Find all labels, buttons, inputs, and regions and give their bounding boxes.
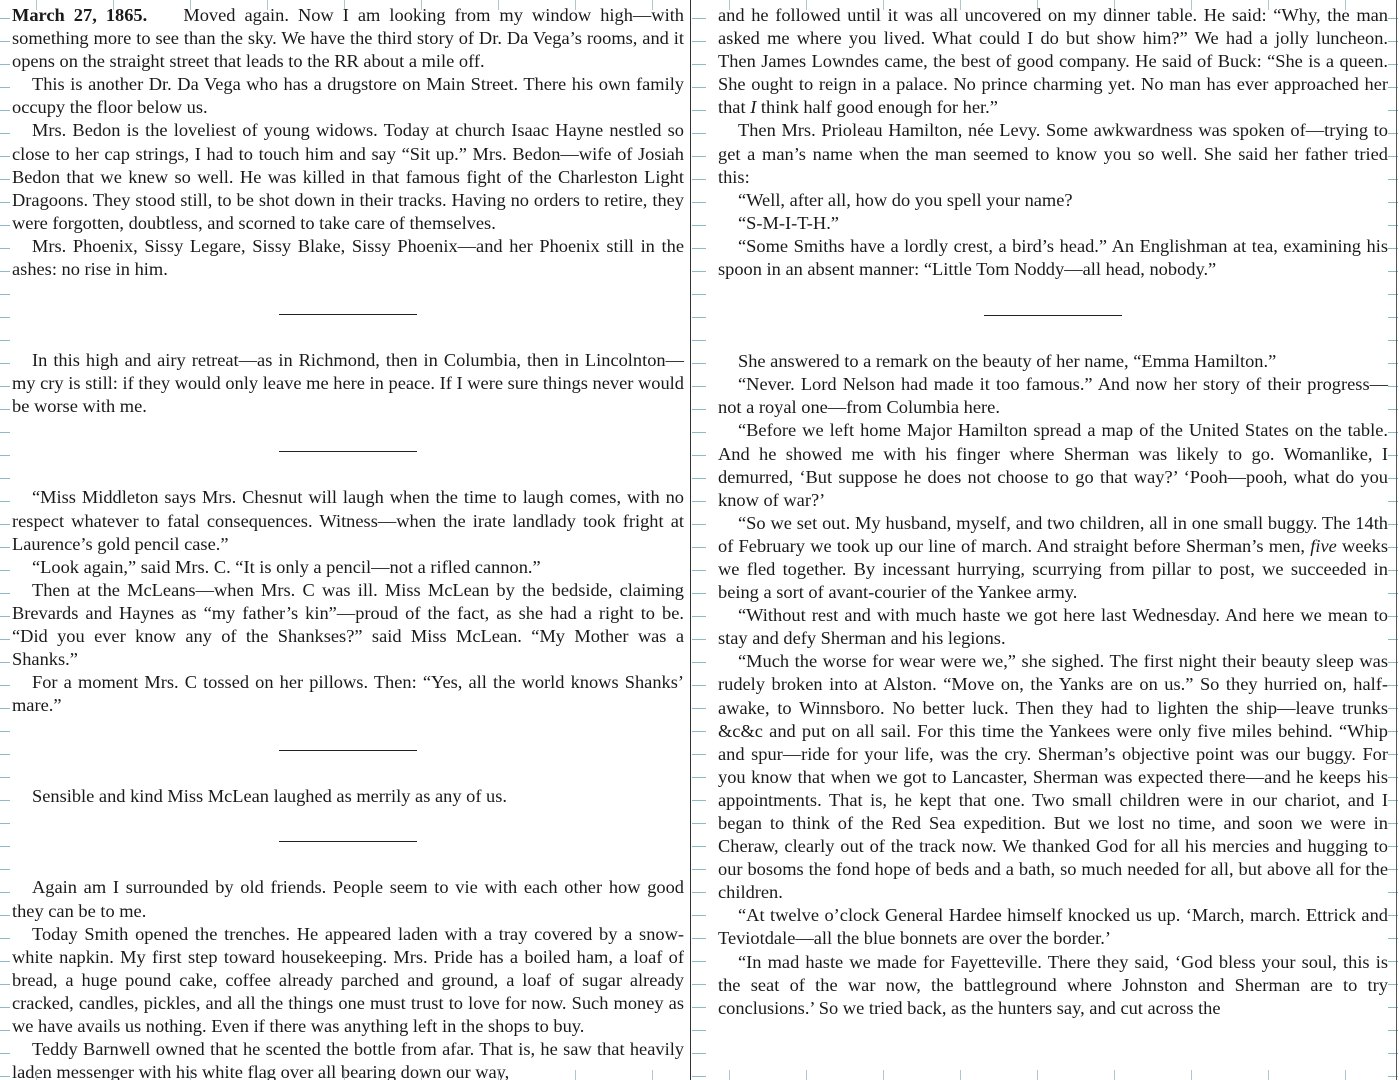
right-page-edge-rule — [1396, 0, 1397, 1080]
paragraph: “Without rest and with much haste we got… — [718, 604, 1388, 650]
section-divider — [279, 841, 417, 842]
section-divider — [279, 750, 417, 751]
paragraph: For a moment Mrs. C tossed on her pillow… — [12, 671, 684, 717]
paragraph: “Well, after all, how do you spell your … — [718, 189, 1388, 212]
paragraph: “Look again,” said Mrs. C. “It is only a… — [12, 556, 684, 579]
paragraph: Then at the McLeans—when Mrs. C was ill.… — [12, 579, 684, 671]
entry-date: March 27, 1865. — [12, 5, 147, 25]
paragraph: “So we set out. My husband, myself, and … — [718, 512, 1388, 604]
section-divider — [279, 314, 417, 315]
paragraph: and he followed until it was all uncover… — [718, 4, 1388, 119]
paragraph: “Miss Middleton says Mrs. Chesnut will l… — [12, 486, 684, 555]
paragraph: March 27, 1865. Moved again. Now I am lo… — [12, 4, 684, 73]
paragraph: Again am I surrounded by old friends. Pe… — [12, 876, 684, 922]
paragraph: “Before we left home Major Hamilton spre… — [718, 419, 1388, 511]
paragraph: “Much the worse for wear were we,” she s… — [718, 650, 1388, 904]
right-column: and he followed until it was all uncover… — [692, 0, 1396, 1080]
paragraph: “At twelve o’clock General Hardee himsel… — [718, 904, 1388, 950]
paragraph: Then Mrs. Prioleau Hamilton, née Levy. S… — [718, 119, 1388, 188]
paragraph: Sensible and kind Miss McLean laughed as… — [12, 785, 684, 808]
paragraph: “S-M-I-T-H.” — [718, 212, 1388, 235]
left-column: March 27, 1865. Moved again. Now I am lo… — [0, 0, 690, 1080]
section-divider — [279, 451, 417, 452]
paragraph: “In mad haste we made for Fayetteville. … — [718, 951, 1388, 1020]
paragraph: This is another Dr. Da Vega who has a dr… — [12, 73, 684, 119]
paragraph: “Some Smiths have a lordly crest, a bird… — [718, 235, 1388, 281]
paragraph: Today Smith opened the trenches. He appe… — [12, 923, 684, 1038]
section-divider — [984, 315, 1122, 316]
page-edge-bottom — [0, 1070, 1399, 1080]
column-divider-rule — [690, 0, 691, 1080]
paragraph: She answered to a remark on the beauty o… — [718, 350, 1388, 373]
emphasis: five — [1310, 536, 1337, 556]
paragraph: “Never. Lord Nelson had made it too famo… — [718, 373, 1388, 419]
paragraph: Mrs. Phoenix, Sissy Legare, Sissy Blake,… — [12, 235, 684, 281]
paragraph: Mrs. Bedon is the loveliest of young wid… — [12, 119, 684, 234]
paragraph: In this high and airy retreat—as in Rich… — [12, 349, 684, 418]
